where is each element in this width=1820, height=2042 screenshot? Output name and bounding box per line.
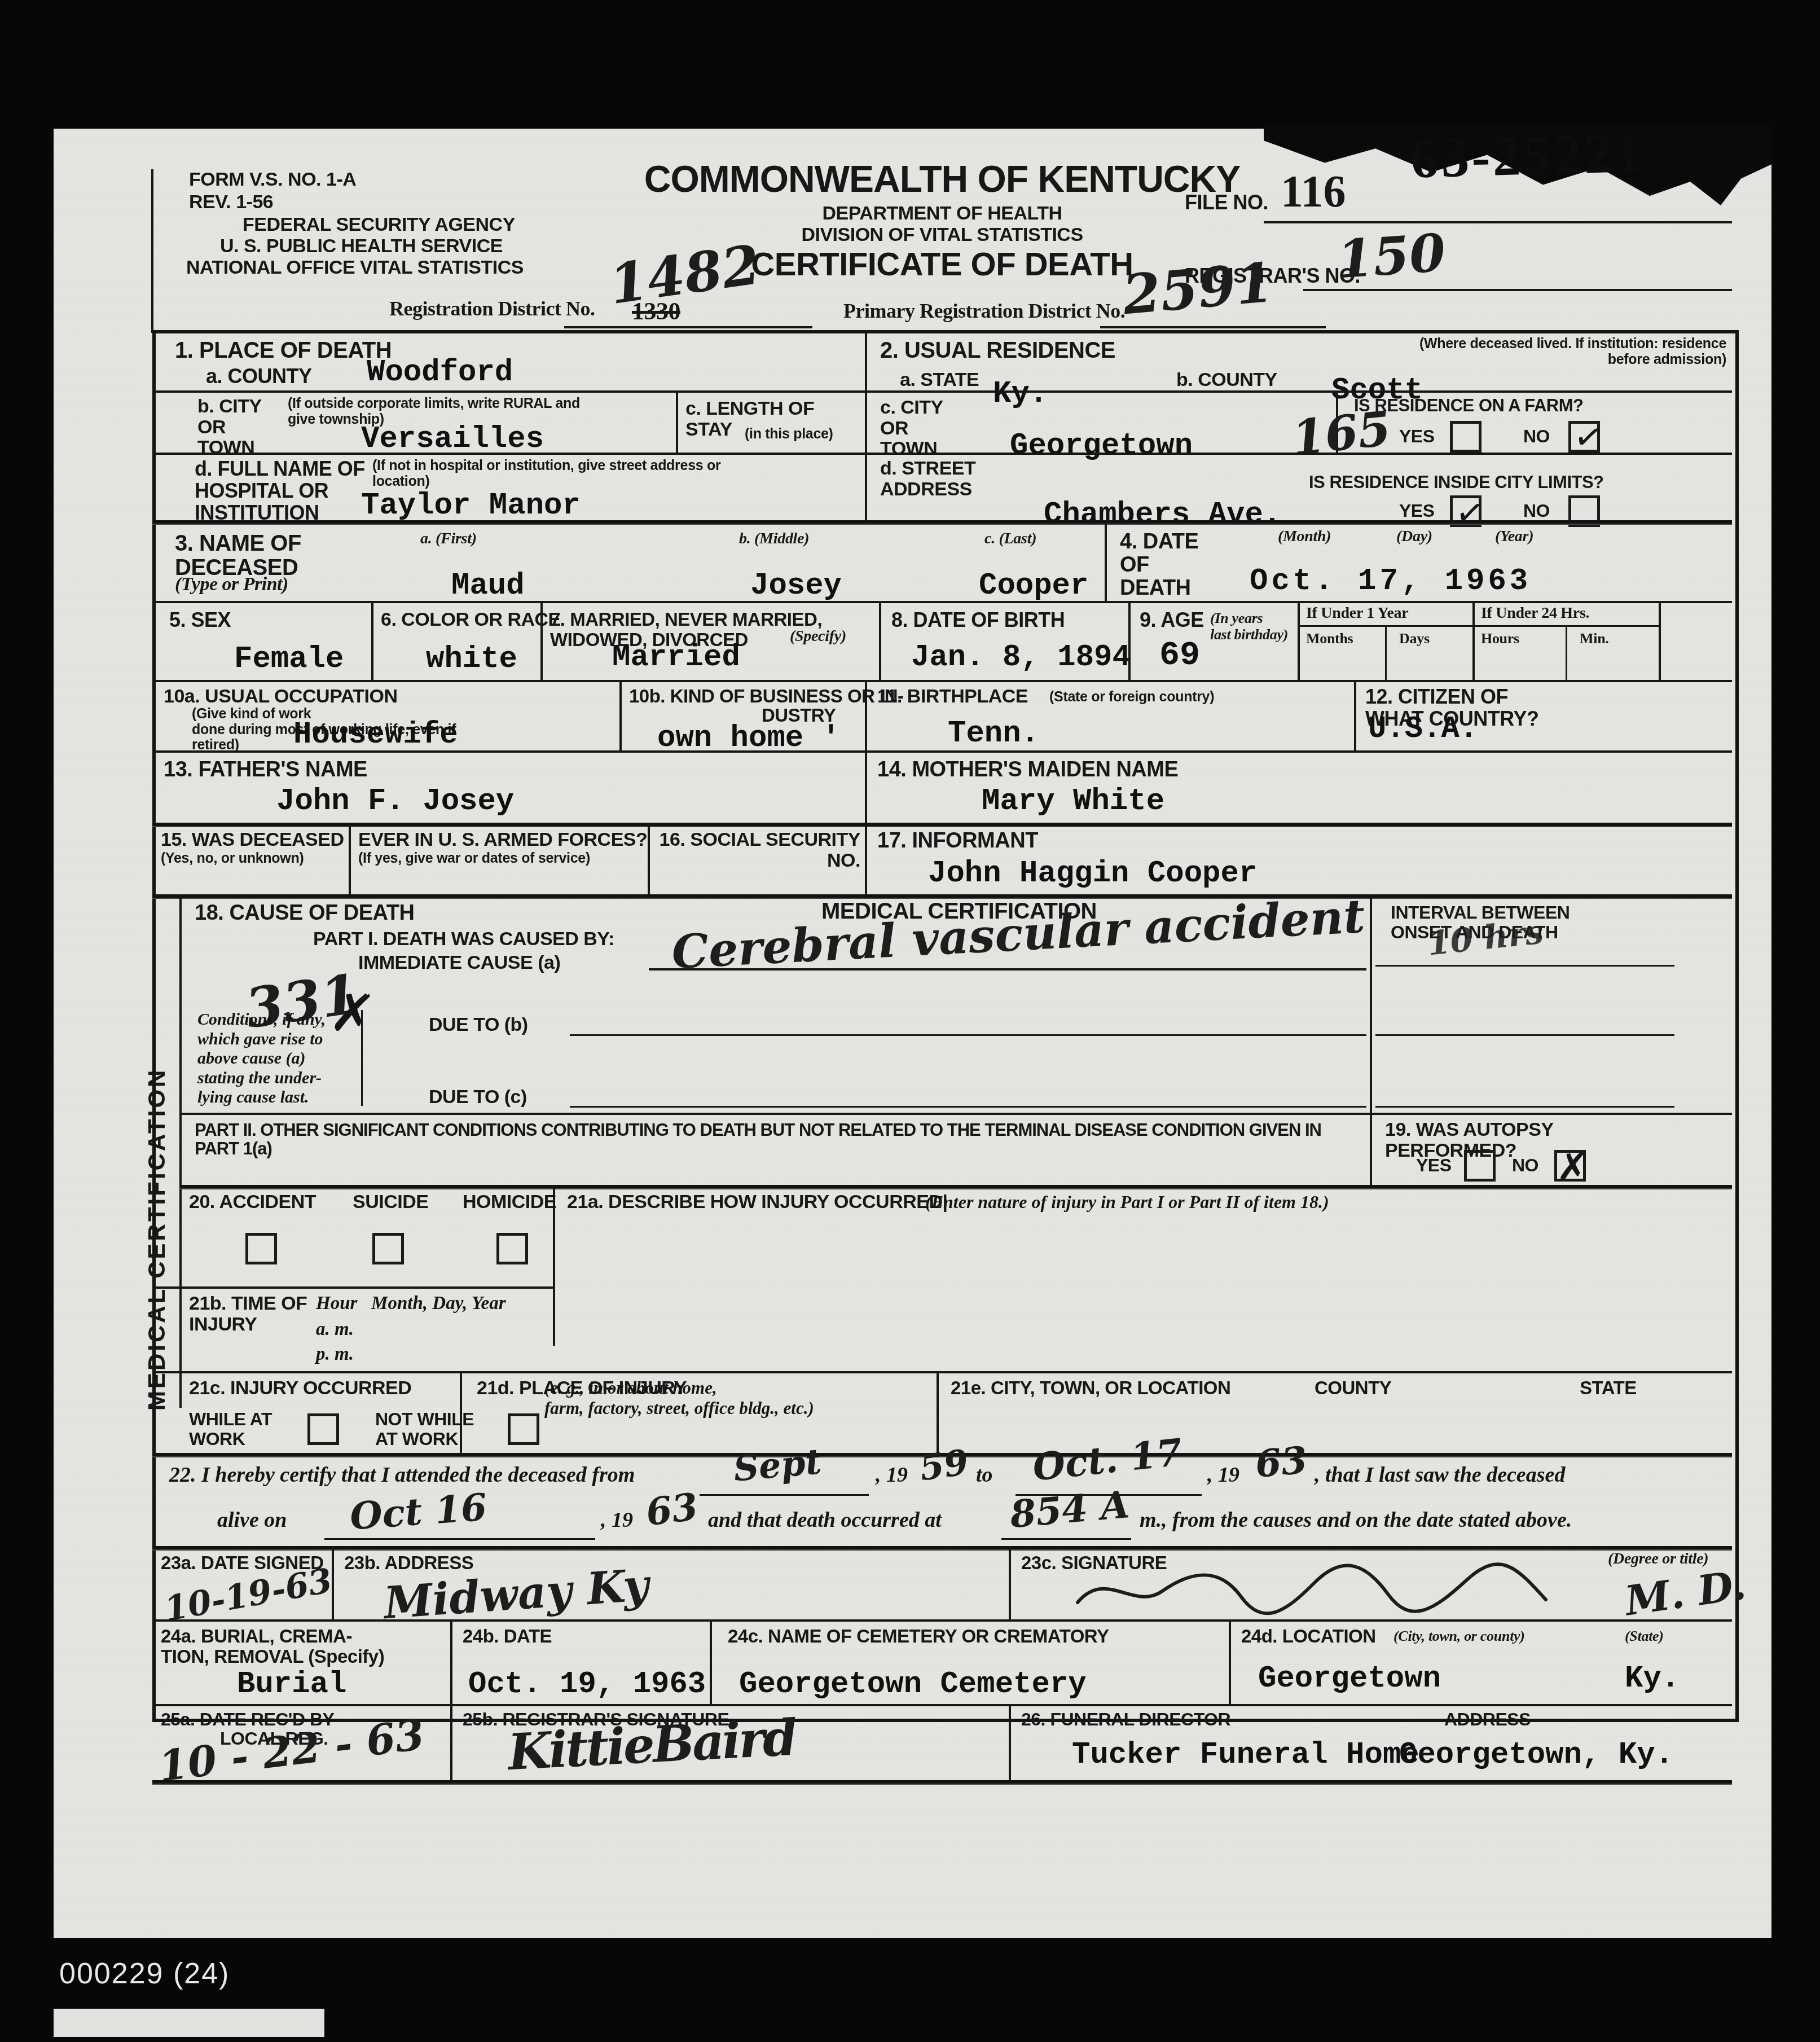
age-note: (In years last birthday)	[1210, 611, 1288, 643]
rowH-div3	[865, 824, 867, 894]
col-21d-21e-divider	[937, 1371, 939, 1453]
burial-date-label: 24b. DATE	[463, 1626, 552, 1646]
location-value: Georgetown	[1258, 1662, 1441, 1696]
business-label: 10b. KIND OF BUSINESS OR IN-	[629, 686, 904, 706]
physician-signature-scribble	[1072, 1557, 1551, 1619]
res-city-value: Georgetown	[1010, 429, 1193, 463]
first-name-value: Maud	[451, 569, 525, 603]
informant-value: John Haggin Cooper	[928, 857, 1257, 891]
farm-yes-label: YES	[1399, 427, 1435, 446]
funeral-director-label: 26. FUNERAL DIRECTOR	[1021, 1710, 1230, 1729]
father-label: 13. FATHER'S NAME	[164, 758, 367, 781]
res-county-label: b. COUNTY	[1176, 370, 1277, 390]
rowE-div1	[371, 601, 373, 680]
city-limits-question: IS RESIDENCE INSIDE CITY LIMITS?	[1309, 473, 1604, 491]
certify-text-1: 22. I hereby certify that I attended the…	[169, 1463, 635, 1487]
under-1-year-header: If Under 1 Year	[1306, 605, 1408, 622]
certify-alive-line	[324, 1538, 595, 1540]
injury-city-header: 21e. CITY, TOWN, OR LOCATION	[951, 1378, 1230, 1398]
burial-value: Burial	[237, 1667, 346, 1702]
degree-title-label: (Degree or title)	[1608, 1551, 1708, 1568]
part1-label: PART I. DEATH WAS CAUSED BY:	[313, 929, 614, 950]
part2-bottom-line	[179, 1185, 1732, 1189]
agency-line-2: U. S. PUBLIC HEALTH SERVICE	[220, 236, 503, 257]
rowE-div6	[1472, 601, 1475, 680]
month-header: (Month)	[1278, 528, 1331, 546]
agency-line-1: FEDERAL SECURITY AGENCY	[243, 214, 515, 235]
not-while-at-work-label: NOT WHILE AT WORK	[375, 1409, 474, 1448]
describe-injury-label: 21a. DESCRIBE HOW INJURY OCCURRED|	[567, 1192, 948, 1213]
informant-label: 17. INFORMANT	[877, 829, 1038, 853]
form-bottom-line	[152, 1780, 1732, 1785]
birthplace-note: (State or foreign country)	[1049, 690, 1214, 705]
birthplace-value: Tenn.	[948, 717, 1039, 751]
rowH-div2	[648, 824, 650, 894]
marital-specify-note: (Specify)	[790, 628, 846, 645]
location-note: (City, town, or county)	[1393, 1628, 1525, 1645]
row25-div2	[1009, 1704, 1011, 1780]
file-no-value: 116	[1281, 166, 1346, 218]
registrars-no-value: 150	[1335, 222, 1447, 290]
dob-label: 8. DATE OF BIRTH	[891, 609, 1065, 631]
reg-district-label: Registration District No.	[389, 298, 595, 320]
suicide-checkbox	[372, 1233, 404, 1264]
certify-time-line	[1001, 1538, 1131, 1540]
certify-year3-value: 63	[644, 1485, 701, 1535]
occupation-label: 10a. USUAL OCCUPATION	[164, 686, 398, 707]
state-value: Ky.	[993, 377, 1048, 411]
homicide-checkbox	[496, 1233, 528, 1264]
rowA-line	[152, 390, 1732, 393]
row24-div3	[1229, 1619, 1231, 1704]
row24-div1	[450, 1619, 452, 1704]
scanned-death-certificate: 63-25221 FORM V.S. NO. 1-A REV. 1-56 FED…	[0, 0, 1820, 2042]
burial-date-value: Oct. 19, 1963	[468, 1667, 706, 1702]
injury-state-header: STATE	[1580, 1378, 1637, 1398]
race-value: white	[426, 642, 517, 677]
rowE-div3	[879, 601, 881, 680]
certify-text-2: , 19	[876, 1463, 908, 1487]
interval-line	[1375, 965, 1674, 967]
row20-line	[152, 1286, 554, 1289]
was-deceased-note: (Yes, no, or unknown)	[161, 851, 304, 867]
injury-occurred-label: 21c. INJURY OCCURRED	[189, 1378, 411, 1399]
primary-district-line	[1100, 326, 1326, 328]
left-margin-line	[151, 169, 153, 333]
limits-no-label: NO	[1523, 501, 1550, 521]
rowE-div5	[1298, 601, 1300, 680]
suicide-label: SUICIDE	[353, 1192, 428, 1213]
rowF-line	[152, 750, 1732, 753]
citizen-value: U.S.A.	[1368, 712, 1478, 746]
certify-text-8: m., from the causes and on the date stat…	[1140, 1508, 1572, 1532]
not-while-at-work-checkbox	[508, 1413, 539, 1445]
row24-line	[152, 1704, 1732, 1706]
pm-label: p. m.	[316, 1344, 354, 1365]
scan-bottom-sliver	[54, 2009, 324, 2037]
place-of-death-title: 1. PLACE OF DEATH	[175, 339, 392, 363]
code-x-mark-icon: ✗	[327, 980, 379, 1047]
due-b-line-ext	[1375, 1034, 1674, 1036]
father-value: John F. Josey	[276, 784, 514, 819]
certify-text-5: alive on	[217, 1508, 287, 1532]
time-of-injury-label: 21b. TIME OF INJURY	[189, 1293, 307, 1334]
rowE-div2	[540, 601, 543, 680]
hospital-name-value: Taylor Manor	[361, 489, 581, 523]
interval-divider	[1370, 894, 1372, 1185]
name-date-divider	[1105, 520, 1107, 602]
rowH-line	[152, 894, 1732, 899]
accident-label: 20. ACCIDENT	[189, 1192, 316, 1213]
row23-line	[152, 1619, 1732, 1622]
time-of-injury-cols: Hour Month, Day, Year	[316, 1293, 505, 1314]
cemetery-label: 24c. NAME OF CEMETERY OR CREMATORY	[728, 1626, 1109, 1646]
primary-district-value: 2591	[1120, 251, 1276, 327]
am-label: a. m.	[316, 1319, 354, 1340]
med-strip-border	[179, 894, 182, 1408]
limits-yes-label: YES	[1399, 501, 1435, 521]
autopsy-no-label: NO	[1512, 1156, 1538, 1175]
funeral-director-value: Tucker Funeral Home	[1072, 1738, 1419, 1772]
row21b-line	[152, 1371, 1732, 1373]
farm-no-label: NO	[1523, 427, 1550, 446]
certify-text-7: and that death occurred at	[708, 1508, 942, 1532]
row23-div1	[332, 1546, 334, 1619]
age-label: 9. AGE	[1140, 609, 1204, 631]
autopsy-no-x-icon: ✗	[1556, 1144, 1589, 1191]
type-or-print-note: (Type or Print)	[175, 574, 288, 595]
cause-bottom-line	[179, 1113, 1732, 1115]
due-b-line	[570, 1034, 1366, 1036]
age-value: 69	[1159, 636, 1200, 675]
usual-residence-note: (Where deceased lived. If institution: r…	[1157, 336, 1726, 367]
hospital-name-note: (If not in hospital or institution, give…	[372, 458, 869, 489]
autopsy-yes-checkbox	[1464, 1150, 1496, 1182]
occupation-value: Housewife	[293, 718, 458, 752]
hospital-name-label: d. FULL NAME OF HOSPITAL OR INSTITUTION	[195, 458, 365, 524]
rowG-line	[152, 823, 1732, 827]
birthplace-label: 11. BIRTHPLACE	[877, 686, 1028, 707]
county-value: Woodford	[367, 355, 513, 390]
rowF-div2	[865, 680, 867, 750]
certify-text-6: , 19	[601, 1508, 633, 1532]
certify-text-4: , that I last saw the deceased	[1315, 1463, 1565, 1487]
due-to-b-label: DUE TO (b)	[429, 1015, 528, 1035]
months-days-divider	[1385, 625, 1387, 680]
city-or-town-label: b. CITY OR TOWN	[197, 396, 262, 458]
was-deceased-label: 15. WAS DECEASED	[161, 829, 344, 850]
reg-district-line	[564, 326, 812, 328]
injury-county-header: COUNTY	[1315, 1378, 1391, 1398]
autopsy-yes-label: YES	[1416, 1156, 1452, 1175]
rowE-div7	[1659, 601, 1661, 680]
certify-text-3: , 19	[1207, 1463, 1239, 1487]
middle-name-header: b. (Middle)	[739, 530, 809, 548]
street-address-value: Chambers Ave.	[1044, 498, 1281, 532]
date-of-death-value: Oct. 17, 1963	[1250, 564, 1531, 599]
location-state-note: (State)	[1625, 1628, 1664, 1645]
res-city-label: c. CITY OR TOWN	[880, 397, 943, 459]
days-header: Days	[1399, 631, 1430, 647]
limits-yes-checkmark-icon: ✓	[1453, 490, 1488, 535]
certify-year1-value: 59	[917, 1441, 971, 1488]
certify-from-value: Sept	[732, 1441, 823, 1489]
immediate-cause-label: IMMEDIATE CAUSE (a)	[358, 952, 560, 973]
scan-footer-id: 000229 (24)	[59, 1957, 230, 1991]
farm-yes-checkbox	[1450, 421, 1482, 453]
rowH-div1	[349, 824, 351, 894]
rowE-line	[152, 680, 1732, 682]
file-no-label: FILE NO.	[1185, 192, 1268, 214]
title-department: DEPARTMENT OF HEALTH	[638, 203, 1247, 224]
rowD-line	[152, 601, 1732, 603]
marital-value: Married	[612, 640, 740, 675]
rowF-div3	[1354, 680, 1356, 750]
hours-header: Hours	[1481, 631, 1519, 647]
registrars-no-line	[1303, 289, 1732, 291]
last-name-value: Cooper	[979, 569, 1088, 603]
min-header: Min.	[1580, 631, 1609, 647]
conditions-note: Conditions, if any, which gave rise to a…	[197, 1010, 326, 1108]
last-name-header: c. (Last)	[984, 530, 1036, 548]
state-label: a. STATE	[900, 370, 979, 390]
primary-district-label: Primary Registration District No.	[843, 300, 1125, 322]
burial-label: 24a. BURIAL, CREMA- TION, REMOVAL (Speci…	[161, 1626, 384, 1666]
location-state-value: Ky.	[1625, 1662, 1680, 1696]
sex-label: 5. SEX	[169, 609, 231, 631]
row25-div1	[450, 1704, 452, 1780]
form-revision: REV. 1-56	[189, 192, 273, 213]
place-of-injury-note: (e. g., in or about home, farm, factory,…	[544, 1378, 814, 1419]
street-address-label: d. STREET ADDRESS	[880, 458, 975, 499]
rowC-line	[152, 520, 1732, 525]
sex-value: Female	[234, 642, 344, 677]
col-20-21a-divider	[553, 1185, 555, 1346]
name-of-deceased-label: 3. NAME OF DECEASED	[175, 532, 301, 580]
certify-from-line	[700, 1494, 869, 1496]
due-to-c-label: DUE TO (c)	[429, 1087, 527, 1108]
rowG-div	[865, 750, 867, 824]
accident-checkbox	[245, 1233, 277, 1264]
physician-address-label: 23b. ADDRESS	[344, 1553, 473, 1573]
location-label: 24d. LOCATION	[1241, 1626, 1376, 1646]
certify-year2-value: 63	[1254, 1438, 1309, 1486]
cemetery-value: Georgetown Cemetery	[739, 1667, 1087, 1702]
date-of-death-label: 4. DATE OF DEATH	[1120, 530, 1198, 600]
ssn-label: 16. SOCIAL SECURITY NO.	[657, 829, 860, 871]
length-of-stay-note: (in this place)	[745, 427, 833, 442]
file-no-line	[1264, 221, 1732, 223]
under-24-header: If Under 24 Hrs.	[1481, 605, 1589, 622]
row22-line	[152, 1546, 1732, 1551]
length-of-stay-divider	[676, 390, 678, 454]
dob-value: Jan. 8, 1894	[911, 640, 1131, 675]
race-label: 6. COLOR OR RACE	[381, 609, 561, 630]
armed-forces-label: EVER IN U. S. ARMED FORCES?	[358, 829, 647, 850]
agency-line-3: NATIONAL OFFICE VITAL STATISTICS	[186, 257, 524, 278]
due-c-line	[570, 1106, 1366, 1108]
form-number: FORM V.S. NO. 1-A	[189, 169, 356, 190]
medical-certification-side-label: MEDICAL CERTIFICATION	[143, 959, 170, 1411]
rowE-div4	[1128, 601, 1131, 680]
usual-residence-title: 2. USUAL RESIDENCE	[880, 339, 1115, 363]
certify-to-label: to	[976, 1463, 993, 1487]
mother-value: Mary White	[982, 784, 1164, 819]
months-header: Months	[1306, 631, 1353, 647]
year-header: (Year)	[1495, 528, 1533, 546]
due-c-line-ext	[1375, 1106, 1674, 1108]
col-21c-21d-divider	[460, 1371, 462, 1453]
first-name-header: a. (First)	[420, 530, 477, 548]
funeral-address-label: ADDRESS	[1444, 1710, 1531, 1729]
rowB-line	[152, 453, 1732, 455]
mother-label: 14. MOTHER'S MAIDEN NAME	[877, 758, 1178, 781]
part2-text: PART II. OTHER SIGNIFICANT CONDITIONS CO…	[195, 1121, 1368, 1158]
row23-div2	[1009, 1546, 1011, 1619]
armed-forces-note: (If yes, give war or dates of service)	[358, 851, 590, 867]
middle-name-value: Josey	[750, 569, 842, 603]
while-at-work-label: WHILE AT WORK	[189, 1409, 272, 1448]
rowF-div1	[619, 680, 622, 750]
while-at-work-checkbox	[307, 1413, 339, 1445]
county-label: a. COUNTY	[206, 366, 312, 388]
hours-min-divider	[1566, 625, 1567, 680]
cause-arrow-line	[361, 1010, 363, 1106]
cause-a-line	[649, 968, 1366, 971]
day-header: (Day)	[1396, 528, 1432, 546]
row24-div2	[710, 1619, 712, 1704]
title-commonwealth: COMMONWEALTH OF KENTUCKY	[638, 159, 1247, 199]
cause-of-death-label: 18. CAUSE OF DEATH	[195, 902, 414, 925]
stamped-certificate-number: 63-25221	[1410, 120, 1646, 191]
farm-question: IS RESIDENCE ON A FARM?	[1354, 396, 1583, 415]
sec1-sec2-divider	[865, 330, 867, 522]
homicide-label: HOMICIDE	[463, 1192, 556, 1213]
city-value: Versailles	[361, 422, 544, 456]
funeral-address-value: Georgetown, Ky.	[1399, 1738, 1673, 1772]
describe-injury-note: (Enter nature of injury in Part I or Par…	[925, 1192, 1329, 1213]
